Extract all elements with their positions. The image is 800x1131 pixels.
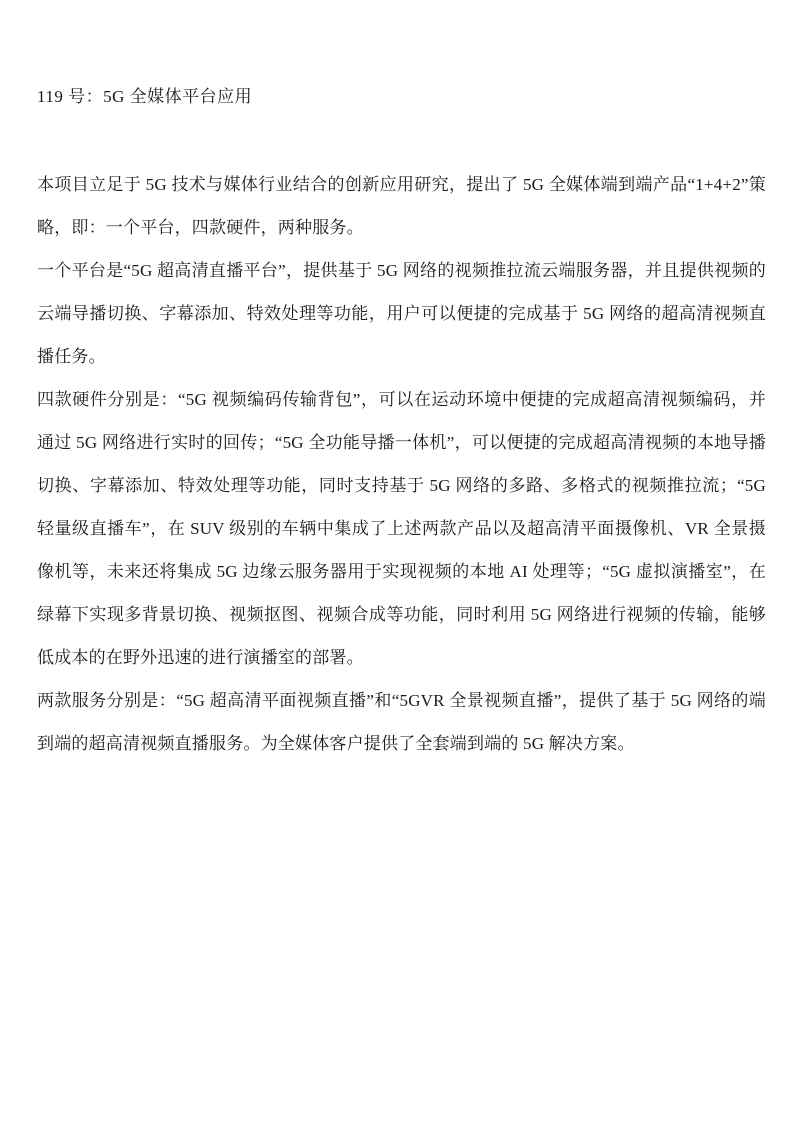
title-body-gap <box>37 118 766 163</box>
body-paragraph-hardware: 四款硬件分别是：“5G 视频编码传输背包”，可以在运动环境中便捷的完成超高清视频… <box>37 378 766 679</box>
body-paragraph-platform: 一个平台是“5G 超高清直播平台”，提供基于 5G 网络的视频推拉流云端服务器，… <box>37 249 766 378</box>
document-title: 119 号：5G 全媒体平台应用 <box>37 75 766 118</box>
body-paragraph-overview: 本项目立足于 5G 技术与媒体行业结合的创新应用研究，提出了 5G 全媒体端到端… <box>37 163 766 249</box>
body-paragraph-services: 两款服务分别是：“5G 超高清平面视频直播”和“5GVR 全景视频直播”，提供了… <box>37 679 766 765</box>
document-content: 119 号：5G 全媒体平台应用 本项目立足于 5G 技术与媒体行业结合的创新应… <box>0 75 800 765</box>
document-page: 119 号：5G 全媒体平台应用 本项目立足于 5G 技术与媒体行业结合的创新应… <box>0 0 800 1131</box>
